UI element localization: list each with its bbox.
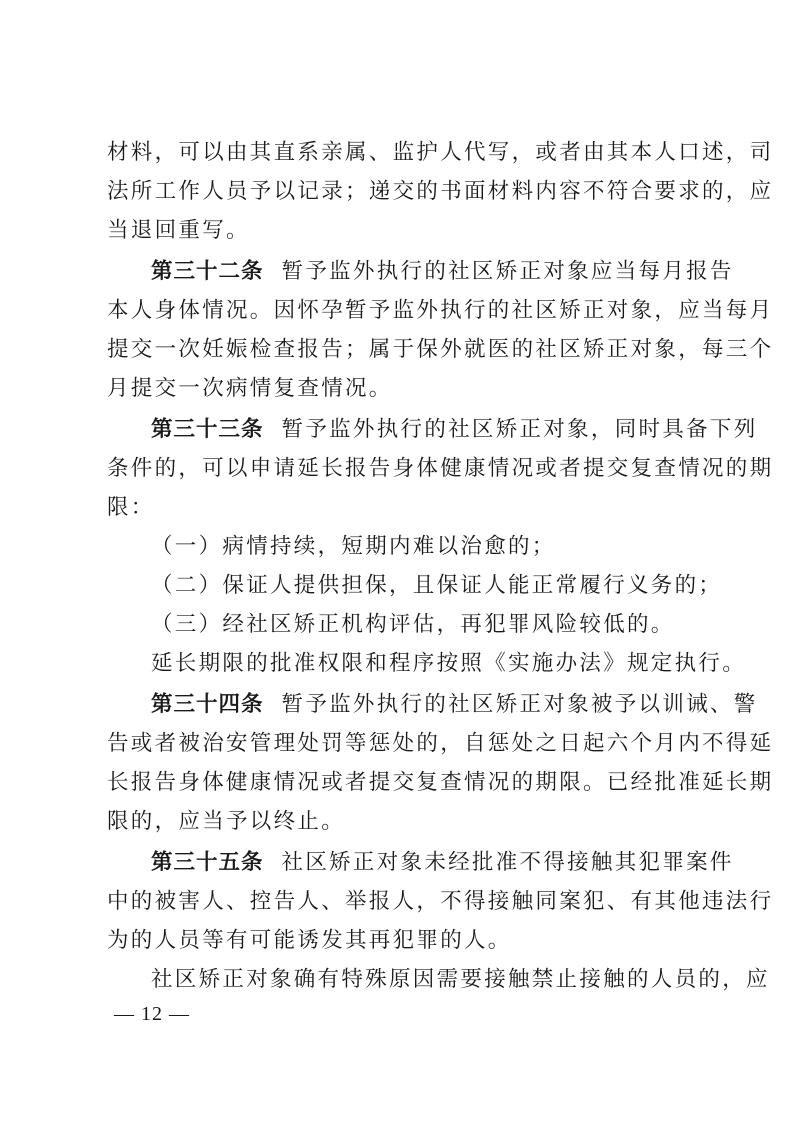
body-line: 提交一次妊娠检查报告；属于保外就医的社区矫正对象，每三个 <box>107 330 693 369</box>
list-item: （二）保证人提供担保，且保证人能正常履行义务的； <box>107 566 693 605</box>
article-33-heading-line: 第三十三条暂予监外执行的社区矫正对象，同时具备下列 <box>107 410 693 449</box>
body-line: 法所工作人员予以记录；递交的书面材料内容不符合要求的，应 <box>107 172 693 211</box>
list-item: （一）病情持续，短期内难以治愈的； <box>107 527 693 566</box>
article-text: 社区矫正对象未经批准不得接触其犯罪案件 <box>282 850 734 875</box>
body-line: 条件的，可以申请延长报告身体健康情况或者提交复查情况的期 <box>107 449 693 488</box>
body-line: 当退回重写。 <box>107 211 693 250</box>
body-line: 限的，应当予以终止。 <box>107 802 693 841</box>
article-text: 暂予监外执行的社区矫正对象，同时具备下列 <box>282 417 758 442</box>
list-item: （三）经社区矫正机构评估，再犯罪风险较低的。 <box>107 605 693 644</box>
body-paragraph: 延长期限的批准权限和程序按照《实施办法》规定执行。 <box>107 644 693 683</box>
article-text: 暂予监外执行的社区矫正对象应当每月报告 <box>282 259 734 284</box>
article-title: 第三十三条 <box>151 417 264 442</box>
article-title: 第三十五条 <box>151 850 264 875</box>
article-title: 第三十四条 <box>151 692 264 717</box>
body-line: 长报告身体健康情况或者提交复查情况的期限。已经批准延长期 <box>107 763 693 802</box>
body-paragraph: 社区矫正对象确有特殊原因需要接触禁止接触的人员的，应 <box>107 960 693 999</box>
body-line: 本人身体情况。因怀孕暂予监外执行的社区矫正对象，应当每月 <box>107 291 693 330</box>
article-32-heading-line: 第三十二条暂予监外执行的社区矫正对象应当每月报告 <box>107 252 693 291</box>
article-35-heading-line: 第三十五条社区矫正对象未经批准不得接触其犯罪案件 <box>107 843 693 882</box>
body-line: 月提交一次病情复查情况。 <box>107 369 693 408</box>
body-line: 为的人员等有可能诱发其再犯罪的人。 <box>107 921 693 960</box>
body-line: 告或者被治安管理处罚等惩处的，自惩处之日起六个月内不得延 <box>107 724 693 763</box>
document-page: 材料，可以由其直系亲属、监护人代写，或者由其本人口述，司 法所工作人员予以记录；… <box>107 133 693 999</box>
body-line: 限： <box>107 488 693 527</box>
article-title: 第三十二条 <box>151 259 264 284</box>
body-line: 中的被害人、控告人、举报人，不得接触同案犯、有其他违法行 <box>107 882 693 921</box>
body-line: 材料，可以由其直系亲属、监护人代写，或者由其本人口述，司 <box>107 133 693 172</box>
article-text: 暂予监外执行的社区矫正对象被予以训诫、警 <box>282 692 758 717</box>
article-34-heading-line: 第三十四条暂予监外执行的社区矫正对象被予以训诫、警 <box>107 685 693 724</box>
page-number: — 12 — <box>114 1003 190 1026</box>
